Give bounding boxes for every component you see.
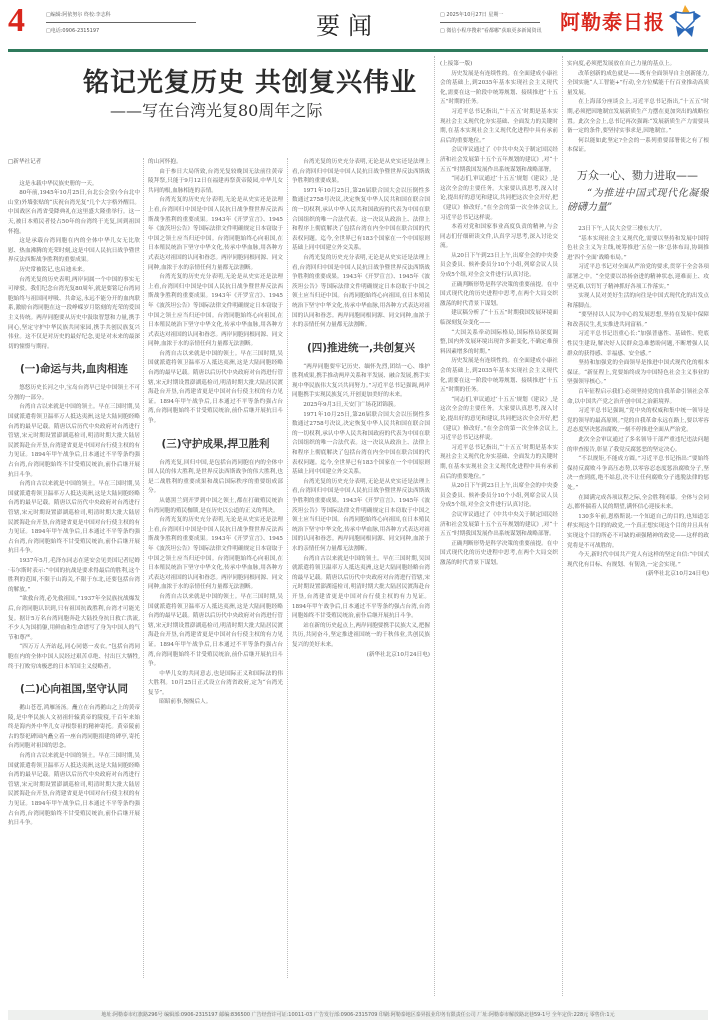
paragraph: 的山河怀抱。 [148,158,283,168]
paragraph: 会议审议通过了《中共中央关于制定国民经济和社会发展第十五个五年规划的建议》,对“… [440,511,558,540]
paragraph: “四万万人齐站起,同心同德一戎衣。”包括台湾同胞在内的全体中国人民经过艰苦卓绝、… [8,643,140,672]
paragraph: 鹅山苍苍,鸿雁汤汤。矗立在台湾鹅山之上的黄帝陵,是中华民族人文初祖轩辕黄帝的陵寝… [8,704,140,752]
footer-info: 地址:阿勒泰市红旗路296号 编辑部:0906-2315197 邮编:83650… [8,1010,708,1020]
paragraph: 台湾自古以来就是中国的领土。早在三国时期,吴国就派遣将领卫温率万人抵达夷洲,这是… [148,593,283,670]
paragraph: 习近平总书记强调,“党中央的权威和集中统一领导是党的领导的最高原则。”党的自我革… [567,407,709,436]
paragraph: 台湾光复的历史充分表明,无论是从史实还是法理上看,台湾回归中国是中国人民抗日战争… [148,196,283,273]
paragraph: 台湾光复的历史充分表明,无论是从史实还是法理上看,台湾回归中国是中国人民抗日战争… [292,158,430,187]
dateline: (新华社北京10月24日电) [292,651,430,661]
paragraph: 实向度,必须把发展放在自己力量的基点上。 [567,60,709,70]
paragraph: 130多年前,恩格斯说:一个知道自己的目的,也知道怎样实现这个目的的政党,一个真… [567,513,709,551]
paragraph: “基本实现社会主义现代化,需要以坚持和发展中国特色社会主义为主线,统筹推进‘五位… [567,235,709,264]
paragraph: 正确判断形势是科学决策的重要前提。在中国式现代化的历史进程中思考,在两个大局交织… [440,281,558,310]
divider [46,22,196,23]
header-rule [8,49,708,52]
wechat-notice: □ 微信小程序搜索“看都哪”获取更多新闻资讯 [440,27,542,34]
paragraph: 历史发展是有连续性的。在全面建成小康社会的基础上,到2035年基本实现社会主义现… [440,70,558,108]
paragraph: 昭昭前事,惕惕后人。 [148,698,283,708]
paragraph: 从20日下午到23日上午,出席全会的中央委员会委员、候补委员分10个小组,列席会… [440,482,558,511]
paragraph: 会议审议通过了《中共中央关于制定国民经济和社会发展第十五个五年规划的建议》,对“… [440,146,558,175]
section-heading-3: (三)守护成果,捍卫胜利 [148,437,283,451]
section-heading-4: (四)推进统一,共创复兴 [292,341,430,355]
paragraph: 1971年10月25日,第26届联合国大会以压倒性多数通过2758号决议,决定恢… [292,411,430,478]
paragraph: 习近平总书记语重心长:“加强普惠性、基础性、兜底性民生建设,解决好人民群众急难愁… [567,330,709,359]
section-heading-1: (一)命运与共,血肉相连 [8,362,140,376]
paragraph: 台湾光复的历史表明,两岸同属一个中国的事实无可辩驳。我们纪念台湾光复80周年,就… [8,276,140,353]
paragraph: 台湾光复的历史充分表明,无论是从史实还是法理上看,台湾回归中国是中国人民抗日战争… [292,478,430,555]
paragraph: “两岸同胞要牢记历史、缅怀先烈,团结一心、维护胜利成果,携手推动两岸关系和平发展… [292,363,430,401]
paragraph: 今天,新时代中国共产党人有这样的坚定自信:“中国式现代化有目标、有规划、有韧劲,… [567,551,709,570]
article-column-2: 的山河怀抱。 由于参日大局所致,台湾光复较晚国无法前往黄帝陵拜祭,只能于9月12… [148,158,283,993]
editor-credits: □编辑:阿依努尔 终校:李志科 [46,11,111,18]
paragraph: 1937年5月,毛泽东同志在延安会见美国记者尼姆·韦尔斯时表示:“中国的抗战是要… [8,557,140,595]
column-divider [143,158,144,978]
article-column-1: □新华社记者 这是永载中华民族史册的一天。 80年前,1945年10月25日,台… [8,158,140,993]
paragraph: 建议稿分析了“十五五”时期我国发展环境面临深刻复杂变化—— [440,309,558,328]
page-number: 4 [8,4,25,38]
paragraph: 习近平总书记指出,“‘十五五’时期是基本实现社会主义现代化夯实基础、全面发力的关… [440,444,558,482]
paragraph: 坚持和加强党的全面领导是推进中国式现代化的根本保证。“新征程上,党要始终成为中国… [567,359,709,388]
paragraph: “欲救台湾,必先救祖国。”1937年全民族抗战爆发后,台湾同胞认识到,只有祖国抗… [8,595,140,643]
phone-number: □电话:0906-2315197 [46,27,99,34]
paragraph: 2025年9月3日,天安门广场花团锦簇。 [292,401,430,411]
newspaper-logo-icon [668,4,702,38]
paragraph: 1971年10月25日,第26届联合国大会以压倒性多数通过2758号决议,决定恢… [292,187,430,254]
paragraph: 正确判断形势是科学决策的重要前提。在中国式现代化的历史进程中思考,在两个大局交织… [440,540,558,569]
paragraph: 从德黑兰到开罗到中国之领土,都在打破殖民统治台湾同胞的殖民枷锁,是在历史以公道的… [148,497,283,516]
paragraph: “要坚持以人民为中心的发展思想,坚持在发展中保障和改善民生,扎实推进共同富裕。” [567,311,709,330]
paragraph: 23日下午,人民大会堂三楼东大厅。 [567,225,709,235]
paragraph: “大国关系牵动国际格局,国际格局深度调整,国内外发展环境出现许多新变化,不确定难… [440,329,558,358]
paragraph: 悠悠历史长河之中,宝岛台湾早已是中国领土不可分割的一部分。 [8,384,140,403]
paragraph: 习近平总书记对全面从严治党的要求,贯穿于全会各项部署之中。“全党要以昂扬奋进的精… [567,263,709,292]
byline: □新华社记者 [8,158,140,168]
article-column-3: 台湾光复的历史充分表明,无论是从史实还是法理上看,台湾回归中国是中国人民抗日战争… [292,158,430,993]
continued-note: (上接第一版) [440,60,558,70]
section-heading-2: (二)心向祖国,坚守认同 [8,682,140,696]
article-headline: 铭记光复历史 共创复兴伟业 [60,62,440,99]
paragraph: 这是永载中华民族史册的一天。 [8,180,140,190]
paragraph: 台湾光复,回归中国,是包括台湾同胞在内的全体中国人民的伟大胜利,是世界反法西斯战… [148,459,283,497]
paragraph: 历史发展是有连续性的。在全面建成小康社会的基础上,到2035年基本实现社会主义现… [440,357,558,395]
paragraph: 台湾自古以来就是中国的领土。早在三国时期,吴国就派遣将领卫温率万人抵达夷洲,这是… [8,403,140,480]
paragraph: 台湾光复的历史充分表明,无论是从史实还是法理上看,台湾回归中国是中国人民抗日战争… [148,516,283,593]
dateline: (新华社北京10月24日电) [567,570,709,580]
paragraph: 改革创新的成色就是——既有全面领导自主创新能力,全国实施“人工智能+”行动,全方… [567,70,709,99]
paragraph: 台湾光复的历史充分表明,无论是从史实还是法理上看,台湾回归中国是中国人民抗日战争… [292,254,430,331]
paragraph: 台湾自古以来就是中国的领土。早在三国时期,吴国就派遣将领卫温率万人抵达夷洲,这是… [8,752,140,829]
section-title: 要闻 [316,6,380,41]
paragraph: 台湾自古以来就是中国的领土。早在三国时期,吴国就派遣将领卫温率万人抵达夷洲,这是… [8,480,140,557]
paragraph: “不以规矩,不能成方圆。”习近平总书记指出:“要始终保持反腐败斗争高压态势,以零… [567,455,709,493]
paragraph: 在圆满完成各项议程之际,全会胜利闭幕。全体与会同志,都怀揣着人民的期望,满怀信心… [567,494,709,513]
paragraph: 历史常被铭记,也启迪未来。 [8,266,140,276]
paragraph: “同志们,审议通过‘十五五’规划《建议》,是这次全会的主要任务。大家要认真思考,… [440,396,558,444]
issue-date: □ 2025年10月27日 星期一 [440,11,503,18]
paragraph: 中华儿女的共同意志,也是国际正义和国际法的伟大胜利。10月25日正式设立台湾省政… [148,670,283,699]
paragraph: 在上海部分座谈会上,习近平总书记指出,“十五五”时期,必须把因地制宜发展新质生产… [567,98,709,136]
column-divider [434,56,435,996]
paragraph: 习近平总书记指出,“‘十五五’时期是基本实现社会主义现代化夯实基础、全面发力的关… [440,108,558,146]
masthead: 4 □编辑:阿依努尔 终校:李志科 □电话:0906-2315197 要闻 □ … [0,0,717,40]
column-divider [562,56,563,996]
paragraph: “同志们,审议通过‘十五五’规划《建议》,是这次全会的主要任务。大家要认真思考,… [440,175,558,223]
paragraph: 何以能如此坚定?全会的一系列重要部署使之有了根本保证。 [567,137,709,156]
paragraph: 实现人民对美好生活的向往是中国式现代化的出发点和落脚点。 [567,292,709,311]
paragraph: 这是承载台湾同胞在内的全体中华儿女无比欣慰、热血沸腾的光荣时刻,这是中国人民抗日… [8,237,140,266]
paragraph: 台湾光复的历史充分表明,无论是从史实还是法理上看,台湾回归中国是中国人民抗日战争… [148,273,283,350]
article-subhead: ——写在台湾光复80周年之际 [110,98,322,121]
paragraph: 80年前,1945年10月25日,台北公会堂(今台北中山堂)外墙张贴的“庆祝台湾… [8,189,140,237]
right-article-column-1: (上接第一版) 历史发展是有连续性的。在全面建成小康社会的基础上,到2035年基… [440,60,558,995]
section-quote: “为推进中国式现代化凝聚磅礴力量” [567,187,709,215]
paragraph: 由于参日大局所致,台湾光复较晚国无法前往黄帝陵拜祭,只能于9月12日在福建再祭黄… [148,168,283,197]
paragraph: 此次全会审议通过了多名领导干部严重违纪违法问题的审查报告,彰显了我党反腐惩恶的坚… [567,436,709,455]
section-heading: 万众一心、勠力进取—— [577,168,709,183]
paragraph: 从20日下午到23日上午,出席全会的中央委员会委员、候补委员分10个小组,列席会… [440,252,558,281]
right-article-column-2: 实向度,必须把发展放在自己力量的基点上。 改革创新的成色就是——既有全面领导自主… [567,60,709,995]
newspaper-brand: 阿勒泰日报 [560,6,665,35]
paragraph: 本着对党和国家事业高度负责的精神,与会同志们仔细研读文件,认真学习思考,深入讨论… [440,223,558,252]
paragraph: 台湾自古以来就是中国的领土。早在三国时期,吴国就派遣将领卫温率万人抵达夷洲,这是… [292,555,430,622]
paragraph: 台湾自古以来就是中国的领土。早在三国时期,吴国就派遣将领卫温率万人抵达夷洲,这是… [148,350,283,427]
paragraph: 站在新的历史起点上,两岸同胞要携手民族大义,把握共历,共同奋斗,坚定推进祖国统一… [292,622,430,651]
divider [440,22,540,23]
paragraph: 百年征程启示我们:必须坚持党的自我革命引领社会革命,以中国共产党之治开创中国之治… [567,388,709,407]
column-divider [287,158,288,978]
